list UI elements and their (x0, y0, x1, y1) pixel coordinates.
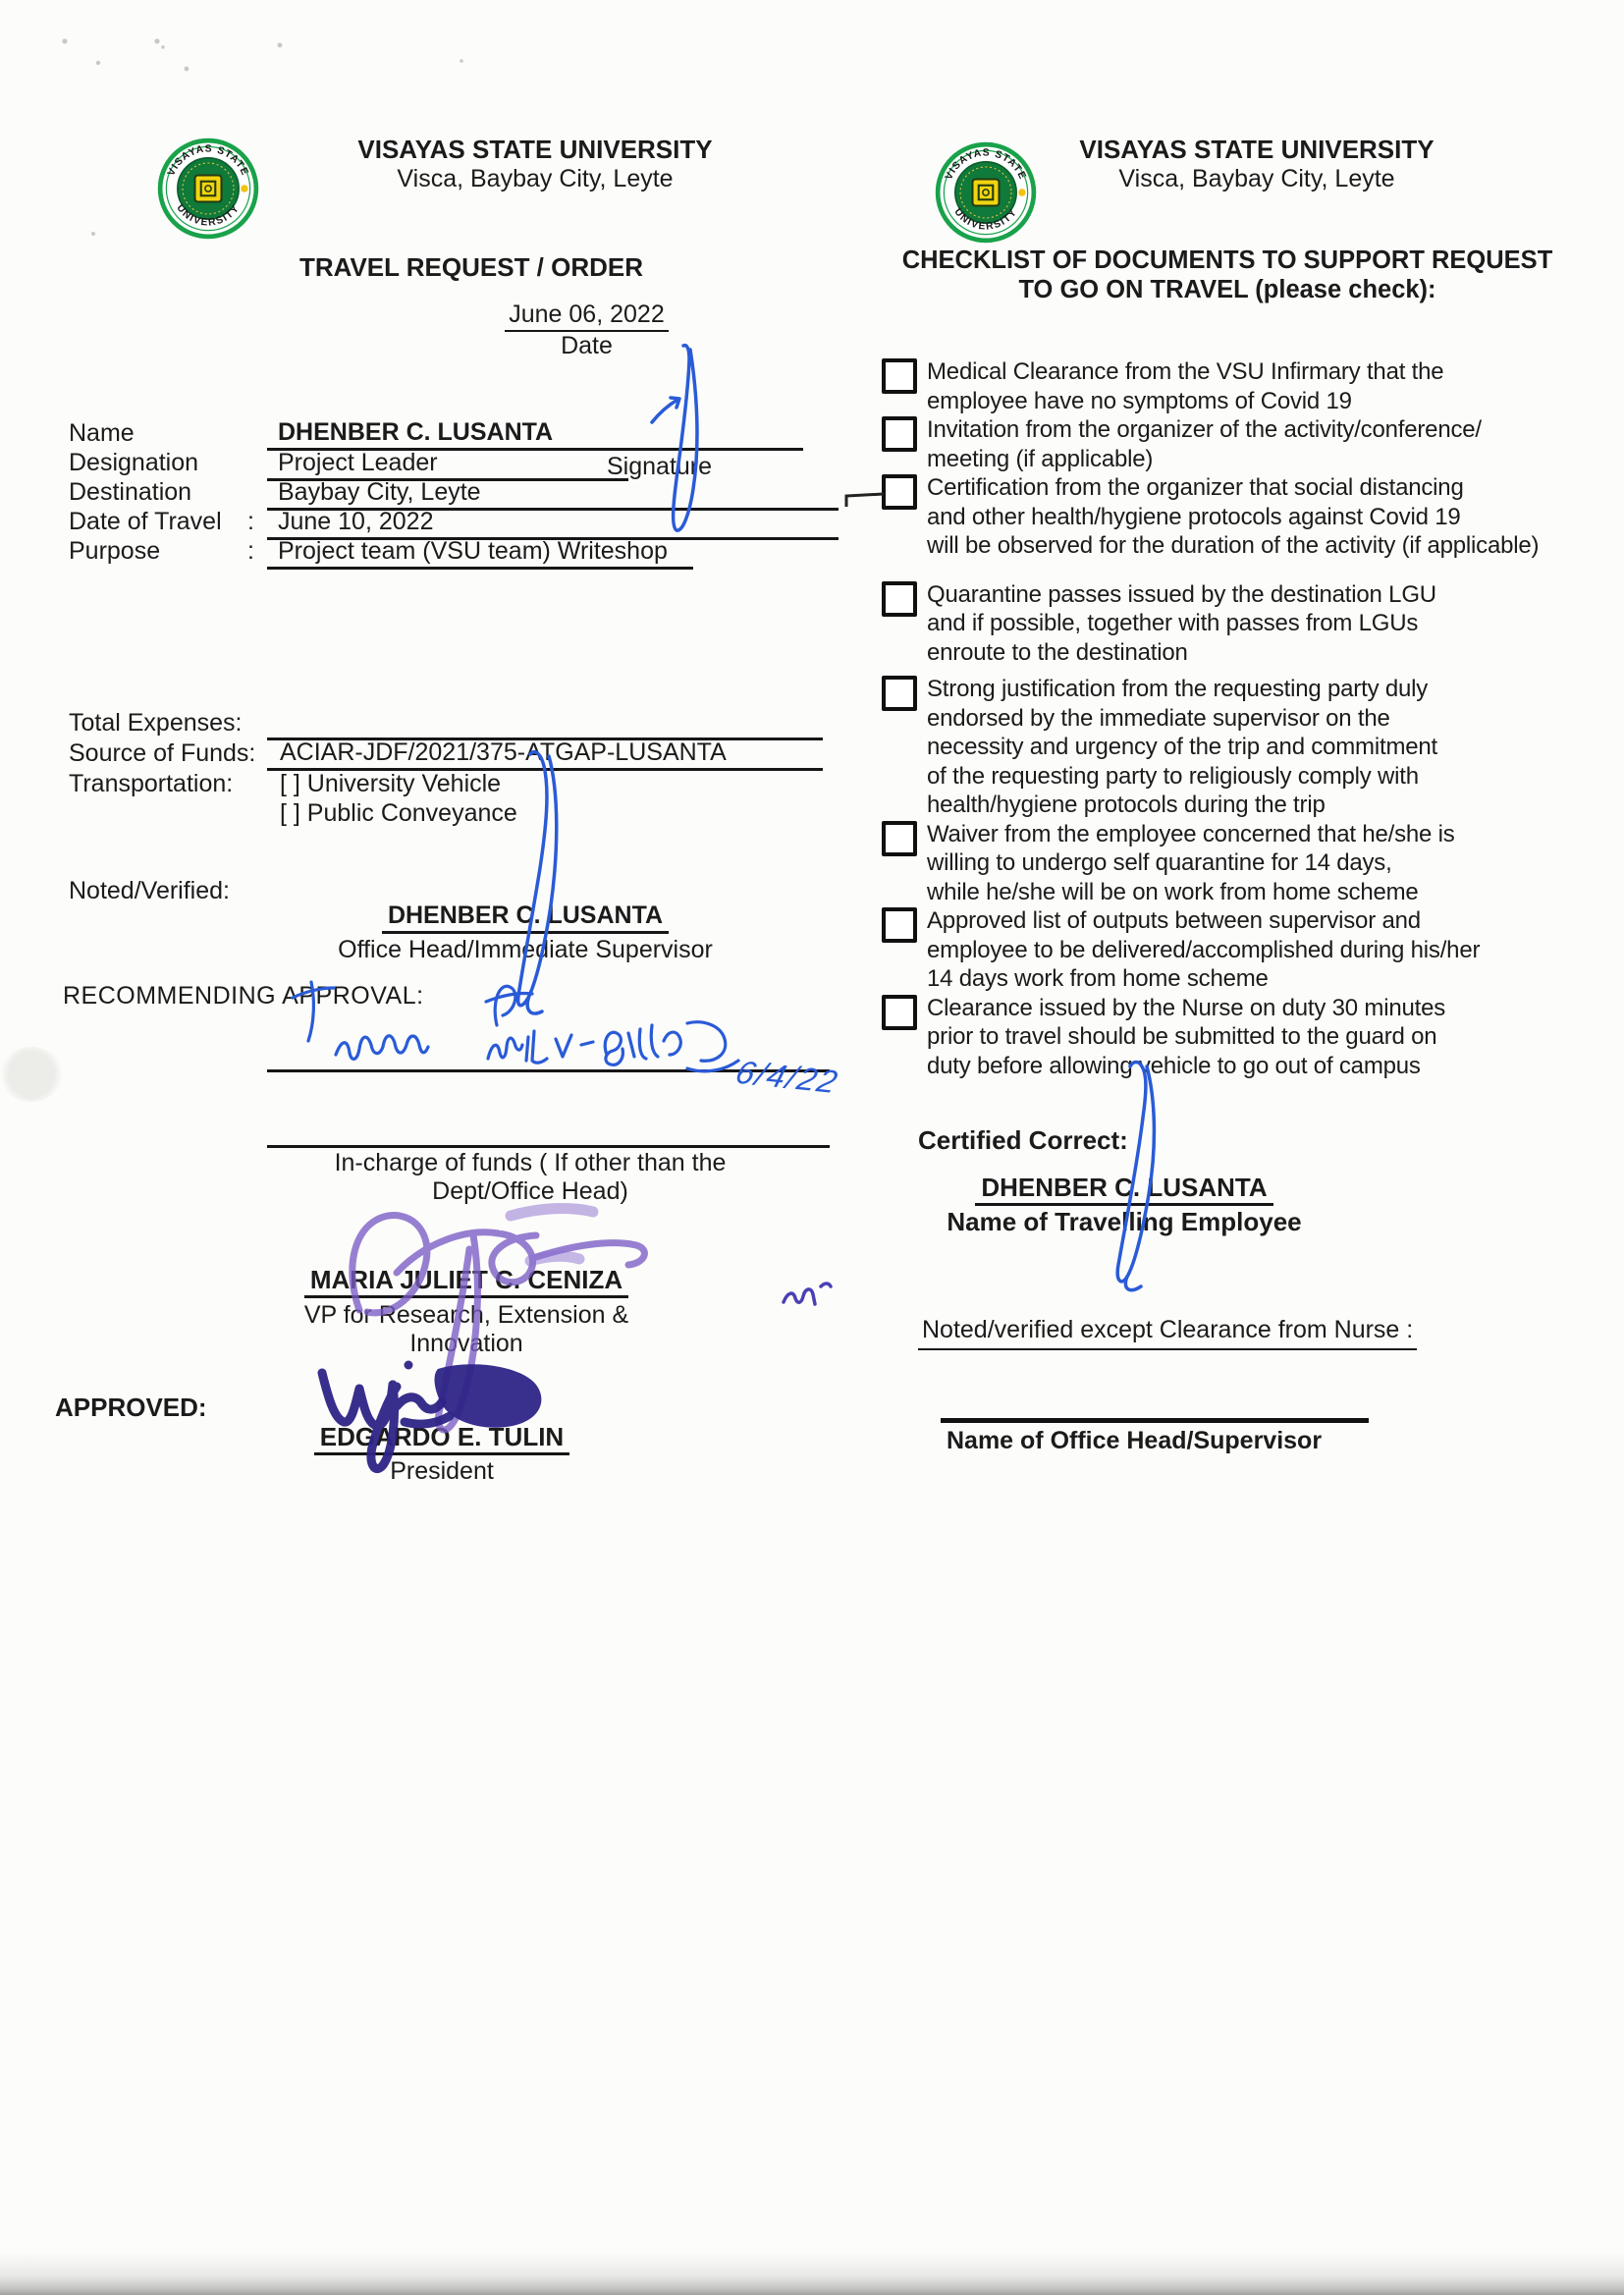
purpose-colon: : (247, 537, 254, 566)
total-expenses-label: Total Expenses: (69, 709, 243, 738)
handwritten-initials-after-ceniza (784, 1284, 831, 1304)
noted-except-block: Noted/verified except Clearance from Nur… (918, 1316, 1417, 1350)
checkbox-quarantine-passes[interactable] (882, 581, 917, 617)
scan-blotch (0, 1047, 63, 1102)
checklist-item: Strong justification from the requesting… (882, 675, 1585, 820)
recommending-approval-label: RECOMMENDING APPROVAL: (63, 982, 424, 1011)
checklist-item-text: Quarantine passes issued by the destinat… (927, 580, 1436, 668)
designation-value: Project Leader (278, 449, 438, 477)
vsu-seal-logo-right: VISAYAS STATE UNIVERSITY (935, 141, 1037, 244)
checklist-item-text: Approved list of outputs between supervi… (927, 906, 1480, 994)
checklist-item-text: Clearance issued by the Nurse on duty 30… (927, 994, 1445, 1081)
date-block: June 06, 2022 Date (486, 301, 687, 360)
noted-verified-label: Noted/Verified: (69, 877, 230, 905)
name-value: DHENBER C. LUSANTA (278, 418, 553, 447)
scanned-travel-request-document: VISAYAS STATE UNIVERSITY VISAYAS STATE U… (0, 0, 1624, 2295)
president-signature-block: EDGARDO E. TULIN President (236, 1422, 648, 1486)
field-underline-purpose (267, 567, 693, 570)
source-of-funds-label: Source of Funds: (69, 739, 255, 768)
checklist-item-text: Strong justification from the requesting… (927, 675, 1437, 820)
vp-title: VP for Research, Extension & Innovation (260, 1301, 673, 1358)
purpose-label: Purpose (69, 537, 160, 566)
incharge-line (267, 1145, 830, 1148)
checklist-title: CHECKLIST OF DOCUMENTS TO SUPPORT REQUES… (889, 246, 1566, 304)
checklist-item-text: Waiver from the employee concerned that … (927, 820, 1455, 907)
employee-signature-block: DHENBER C. LUSANTA Name of Travelling Em… (908, 1173, 1340, 1236)
checklist: Medical Clearance from the VSU Infirmary… (882, 357, 1585, 1080)
checklist-item: Quarantine passes issued by the destinat… (882, 580, 1585, 668)
university-address: Visca, Baybay City, Leyte (329, 165, 741, 193)
right-header: VISAYAS STATE UNIVERSITY Visca, Baybay C… (1056, 135, 1458, 193)
vsu-seal-logo-left: VISAYAS STATE UNIVERSITY (157, 137, 259, 240)
checklist-item-text: Invitation from the organizer of the act… (927, 415, 1482, 473)
university-name: VISAYAS STATE UNIVERSITY (1056, 135, 1458, 165)
checklist-item-text: Medical Clearance from the VSU Infirmary… (927, 357, 1443, 415)
transport-option-public-conveyance[interactable]: [ ] Public Conveyance (280, 799, 517, 828)
university-name: VISAYAS STATE UNIVERSITY (329, 135, 741, 165)
checklist-item: Waiver from the employee concerned that … (882, 820, 1585, 907)
president-name: EDGARDO E. TULIN (314, 1422, 569, 1455)
checklist-item: Clearance issued by the Nurse on duty 30… (882, 994, 1585, 1081)
vp-name: MARIA JULIET C. CENIZA (304, 1265, 628, 1298)
source-of-funds-value: ACIAR-JDF/2021/375-ATGAP-LUSANTA (280, 738, 727, 767)
checkbox-certification-social-distancing[interactable] (882, 474, 917, 510)
travelling-employee-name: DHENBER C. LUSANTA (975, 1173, 1272, 1206)
left-header: VISAYAS STATE UNIVERSITY Visca, Baybay C… (329, 135, 741, 193)
signature-ink-dot-tulin (405, 1361, 413, 1370)
checklist-item: Medical Clearance from the VSU Infirmary… (882, 357, 1585, 415)
university-address: Visca, Baybay City, Leyte (1056, 165, 1458, 193)
destination-label: Destination (69, 478, 191, 507)
stamp-smudges-ceniza (511, 1209, 593, 1261)
checkbox-medical-clearance[interactable] (882, 358, 917, 394)
checklist-item: Certification from the organizer that so… (882, 473, 1585, 561)
checkbox-approved-outputs[interactable] (882, 907, 917, 943)
travel-date-value: June 10, 2022 (278, 508, 433, 536)
noted-except-label: Noted/verified except Clearance from Nur… (918, 1316, 1417, 1350)
checkbox-nurse-clearance[interactable] (882, 995, 917, 1030)
date-value: June 06, 2022 (505, 301, 668, 332)
checkbox-strong-justification[interactable] (882, 676, 917, 711)
vp-signature-block: MARIA JULIET C. CENIZA VP for Research, … (260, 1265, 673, 1358)
president-title: President (236, 1457, 648, 1486)
checklist-item-text: Certification from the organizer that so… (927, 473, 1539, 561)
signature-ink-supervisor (518, 752, 557, 1013)
office-head-signature-block: Name of Office Head/Supervisor (941, 1418, 1369, 1455)
transportation-label: Transportation: (69, 770, 233, 798)
designation-label: Designation (69, 449, 198, 477)
date-caption: Date (486, 332, 687, 360)
handwritten-approval-date: 6/4/22 (731, 1054, 843, 1101)
destination-value: Baybay City, Leyte (278, 478, 481, 507)
supervisor-title: Office Head/Immediate Supervisor (295, 936, 756, 964)
travel-date-label: Date of Travel (69, 508, 222, 536)
certified-correct-label: Certified Correct: (918, 1125, 1128, 1155)
transport-option-university-vehicle[interactable]: [ ] University Vehicle (280, 770, 501, 798)
approved-label: APPROVED: (55, 1393, 207, 1422)
signature-ink-blob-tulin (435, 1364, 542, 1427)
travelling-employee-caption: Name of Travelling Employee (908, 1207, 1340, 1236)
supervisor-name: DHENBER C. LUSANTA (382, 902, 669, 934)
checkbox-waiver-self-quarantine[interactable] (882, 821, 917, 856)
supervisor-signature-block: DHENBER C. LUSANTA Office Head/Immediate… (295, 902, 756, 964)
signature-ink-employee-top (652, 346, 697, 531)
travel-date-colon: : (247, 508, 254, 536)
name-label: Name (69, 419, 135, 448)
purpose-value: Project team (VSU team) Writeshop (278, 537, 668, 566)
office-head-caption: Name of Office Head/Supervisor (941, 1427, 1369, 1455)
checklist-item: Approved list of outputs between supervi… (882, 906, 1585, 994)
checklist-item: Invitation from the organizer of the act… (882, 415, 1585, 473)
form-title: TRAVEL REQUEST / ORDER (285, 252, 658, 282)
incharge-caption: In-charge of funds ( If other than the D… (275, 1149, 785, 1206)
scan-stray-line (846, 494, 884, 507)
scan-edge-shadow (0, 2252, 1624, 2295)
checkbox-invitation[interactable] (882, 416, 917, 452)
signature-caption: Signature (607, 453, 712, 481)
